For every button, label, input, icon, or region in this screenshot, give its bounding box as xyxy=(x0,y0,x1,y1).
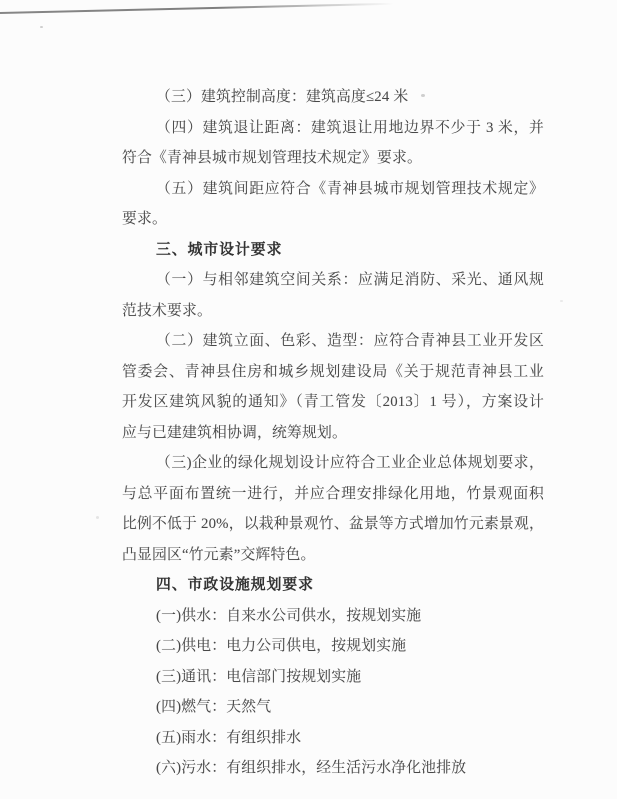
list-item: (一)供水：自来水公司供水，按规划实施 xyxy=(122,601,544,632)
text-line: 三、城市设计要求 xyxy=(122,235,544,266)
text-line: (一)供水：自来水公司供水，按规划实施 xyxy=(122,601,544,632)
text-line: 要求。 xyxy=(122,204,544,235)
paragraph: （二）建筑立面、色彩、造型：应符合青神县工业开发区管委会、青神县住房和城乡规划建… xyxy=(122,326,544,448)
text-line: (二)供电：电力公司供电，按规划实施 xyxy=(122,631,544,662)
paragraph: （三）建筑控制高度：建筑高度≤24 米 xyxy=(122,82,544,113)
paragraph: （一）与相邻建筑空间关系：应满足消防、采光、通风规范技术要求。 xyxy=(122,265,544,326)
scanned-document-page: （三）建筑控制高度：建筑高度≤24 米（四）建筑退让距离：建筑退让用地边界不少于… xyxy=(0,0,617,799)
text-line: （三）建筑控制高度：建筑高度≤24 米 xyxy=(122,82,544,113)
text-line: (三)通讯：电信部门按规划实施 xyxy=(122,662,544,693)
text-line: 范技术要求。 xyxy=(122,296,544,327)
section-heading: 三、城市设计要求 xyxy=(122,235,544,266)
text-line: 与总平面布置统一进行，并应合理安排绿化用地，竹景观面积 xyxy=(122,479,544,510)
text-line: 凸显园区“竹元素”交辉特色。 xyxy=(122,540,544,571)
section-heading: 四、市政设施规划要求 xyxy=(122,570,544,601)
text-line: 四、市政设施规划要求 xyxy=(122,570,544,601)
text-line: 开发区建筑风貌的通知》（青工管发〔2013〕1 号），方案设计 xyxy=(122,387,544,418)
document-body: （三）建筑控制高度：建筑高度≤24 米（四）建筑退让距离：建筑退让用地边界不少于… xyxy=(122,82,544,784)
list-item: (五)雨水：有组织排水 xyxy=(122,723,544,754)
text-line: 应与已建建筑相协调，统筹规划。 xyxy=(122,418,544,449)
text-line: (六)污水：有组织排水，经生活污水净化池排放 xyxy=(122,753,544,784)
list-item: (二)供电：电力公司供电，按规划实施 xyxy=(122,631,544,662)
scan-speckle xyxy=(560,300,563,302)
scan-speckle xyxy=(96,516,99,519)
paragraph: （五）建筑间距应符合《青神县城市规划管理技术规定》要求。 xyxy=(122,174,544,235)
text-line: （三)企业的绿化规划设计应符合工业企业总体规划要求， xyxy=(122,448,544,479)
text-line: （一）与相邻建筑空间关系：应满足消防、采光、通风规 xyxy=(122,265,544,296)
text-line: 符合《青神县城市规划管理技术规定》要求。 xyxy=(122,143,544,174)
text-line: 比例不低于 20%，以栽种景观竹、盆景等方式增加竹元素景观， xyxy=(122,509,544,540)
text-line: (五)雨水：有组织排水 xyxy=(122,723,544,754)
paragraph: （四）建筑退让距离：建筑退让用地边界不少于 3 米，并符合《青神县城市规划管理技… xyxy=(122,113,544,174)
paragraph: （三)企业的绿化规划设计应符合工业企业总体规划要求，与总平面布置统一进行，并应合… xyxy=(122,448,544,570)
text-line: （五）建筑间距应符合《青神县城市规划管理技术规定》 xyxy=(122,174,544,205)
list-item: (六)污水：有组织排水，经生活污水净化池排放 xyxy=(122,753,544,784)
scan-artifact-line xyxy=(0,3,402,14)
text-line: （二）建筑立面、色彩、造型：应符合青神县工业开发区 xyxy=(122,326,544,357)
scan-speckle xyxy=(40,26,43,28)
text-line: 管委会、青神县住房和城乡规划建设局《关于规范青神县工业 xyxy=(122,357,544,388)
text-line: (四)燃气：天然气 xyxy=(122,692,544,723)
text-line: （四）建筑退让距离：建筑退让用地边界不少于 3 米，并 xyxy=(122,113,544,144)
list-item: (四)燃气：天然气 xyxy=(122,692,544,723)
list-item: (三)通讯：电信部门按规划实施 xyxy=(122,662,544,693)
